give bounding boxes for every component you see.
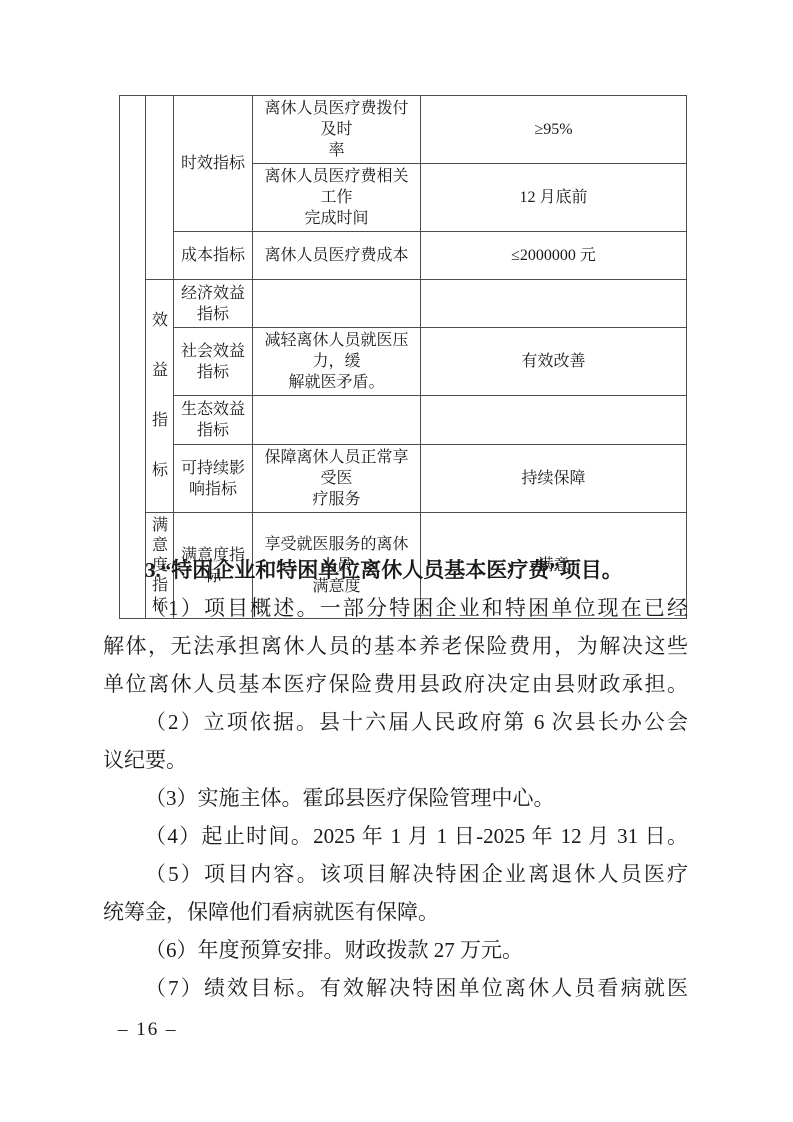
indicator-name-cell: 保障离休人员正常享受医 疗服务 xyxy=(253,445,421,513)
indicator-type-cell: 生态效益指标 xyxy=(174,396,253,445)
body-line: （4）起止时间。2025 年 1 月 1 日-2025 年 12 月 31 日。 xyxy=(103,817,688,855)
body-line: 解体，无法承担离休人员的基本养老保险费用，为解决这些 xyxy=(103,627,688,665)
category-empty-cell xyxy=(146,96,174,280)
table-left-spacer-cell xyxy=(120,96,146,619)
indicator-value-cell: ≥95% xyxy=(421,96,687,164)
indicator-value-cell xyxy=(421,396,687,445)
indicator-name-cell xyxy=(253,280,421,328)
category-benefit-cell: 效益指标 xyxy=(146,280,174,513)
category-benefit-label: 效益指标 xyxy=(151,296,169,496)
body-line: （1）项目概述。一部分特困企业和特困单位现在已经 xyxy=(103,589,688,627)
indicator-type-cell: 经济效益指标 xyxy=(174,280,253,328)
indicator-type-cell: 成本指标 xyxy=(174,232,253,280)
body-text: 3.“特困企业和特困单位离休人员基本医疗费”项目。 （1）项目概述。一部分特困企… xyxy=(103,551,688,1007)
section-heading: 3.“特困企业和特困单位离休人员基本医疗费”项目。 xyxy=(103,551,688,589)
indicator-name-cell xyxy=(253,396,421,445)
indicator-type-cell: 可持续影响指标 xyxy=(174,445,253,513)
indicator-name-cell: 减轻离休人员就医压力，缓 解就医矛盾。 xyxy=(253,328,421,396)
indicator-name-cell: 离休人员医疗费拨付及时 率 xyxy=(253,96,421,164)
body-line: （5）项目内容。该项目解决特困企业离退休人员医疗 xyxy=(103,855,688,893)
indicator-value-cell xyxy=(421,280,687,328)
body-line: （3）实施主体。霍邱县医疗保险管理中心。 xyxy=(103,779,688,817)
indicator-type-cell: 社会效益指标 xyxy=(174,328,253,396)
indicator-value-cell: 有效改善 xyxy=(421,328,687,396)
body-line: （2）立项依据。县十六届人民政府第 6 次县长办公会 xyxy=(103,703,688,741)
body-line: （6）年度预算安排。财政拨款 27 万元。 xyxy=(103,931,688,969)
body-line: 统筹金，保障他们看病就医有保障。 xyxy=(103,893,688,931)
indicator-value-cell: 12 月底前 xyxy=(421,164,687,232)
indicator-value-cell: 持续保障 xyxy=(421,445,687,513)
body-line: （7）绩效目标。有效解决特困单位离休人员看病就医 xyxy=(103,969,688,1007)
body-line: 议纪要。 xyxy=(103,741,688,779)
performance-indicators-table: 时效指标 离休人员医疗费拨付及时 率 ≥95% 离休人员医疗费相关工作 完成时间… xyxy=(119,95,687,619)
body-line: 单位离休人员基本医疗保险费用县政府决定由县财政承担。 xyxy=(103,665,688,703)
page-number: – 16 – xyxy=(118,1019,178,1041)
document-page: 时效指标 离休人员医疗费拨付及时 率 ≥95% 离休人员医疗费相关工作 完成时间… xyxy=(0,0,793,1122)
indicator-name-cell: 离休人员医疗费相关工作 完成时间 xyxy=(253,164,421,232)
indicator-value-cell: ≤2000000 元 xyxy=(421,232,687,280)
indicator-name-cell: 离休人员医疗费成本 xyxy=(253,232,421,280)
indicator-type-cell: 时效指标 xyxy=(174,96,253,232)
